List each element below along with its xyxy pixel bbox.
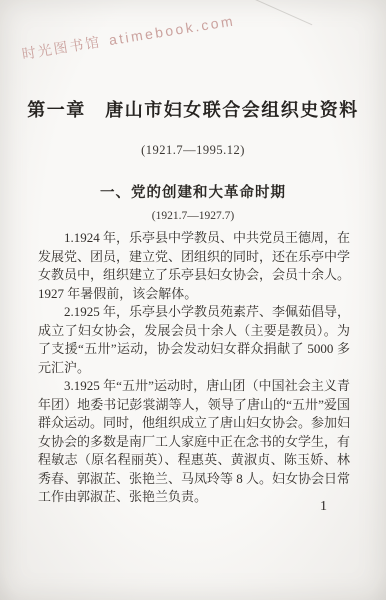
body-text: 1.1924 年，乐亭县中学教员、中共党员王德周，在发展党、团员，建立党、团组织… — [38, 229, 350, 507]
section-date-range: (1921.7—1927.7) — [0, 210, 386, 222]
paragraph-1: 1.1924 年，乐亭县中学教员、中共党员王德周，在发展党、团员，建立党、团组织… — [38, 229, 350, 303]
paragraph-2: 2.1925 年，乐亭县小学教员苑素芹、李佩茹倡导，成立了妇女协会，发展会员十余… — [38, 303, 350, 377]
chapter-date-range: (1921.7—1995.12) — [0, 143, 386, 158]
section-title: 一、党的创建和大革命时期 — [0, 181, 386, 202]
paragraph-3: 3.1925 年“五卅”运动时，唐山团（中国社会主义青年团）地委书记彭裳湖等人，… — [38, 377, 350, 507]
page-number: 1 — [320, 499, 327, 515]
scanned-book-page: 时光图书馆atimebook.com 第一章 唐山市妇女联合会组织史资料 (19… — [0, 0, 386, 600]
